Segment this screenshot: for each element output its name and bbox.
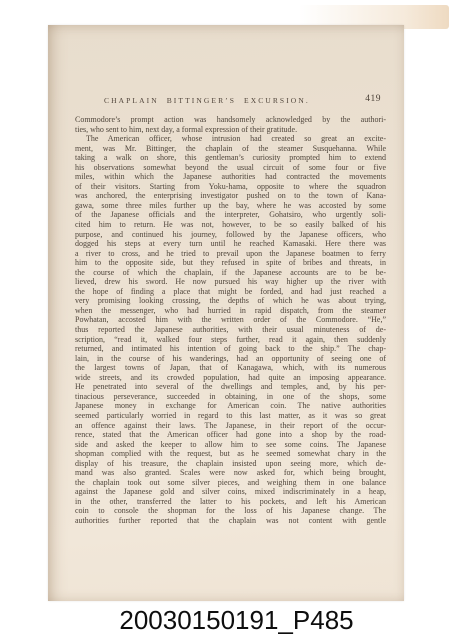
text-line: when the messenger, who had hurried in r…	[75, 306, 386, 316]
text-line: scription, “read it, walked four steps f…	[75, 335, 386, 345]
text-line: dogged his steps at every turn until he …	[75, 239, 386, 249]
text-line: miles, within which the Japanese authori…	[75, 172, 386, 182]
text-line: lieved, drew his sword. He now pursued h…	[75, 277, 386, 287]
text-line: of their visitors. Starting from Yoku-ha…	[75, 182, 386, 192]
text-line: the hope of finding a place that might b…	[75, 287, 386, 297]
text-line: mand was also granted. Scales were now a…	[75, 468, 386, 478]
text-line: authorities further reported that the ch…	[75, 516, 386, 526]
text-line: display of his treasure, the chaplain in…	[75, 459, 386, 469]
text-line: of the Japanese officials and the interp…	[75, 210, 386, 220]
text-line: seemed particularly worried in regard to…	[75, 411, 386, 421]
text-line: against the Japanese gold and silver coi…	[75, 487, 386, 497]
text-line: rence, stated that the American officer …	[75, 430, 386, 440]
text-line: cited him to return. He was not, however…	[75, 220, 386, 230]
text-line: Commodore’s prompt action was handsomely…	[75, 115, 386, 125]
text-line: the largest towns of Japan, that of Kana…	[75, 363, 386, 373]
text-line: very promising looking crossing, the dep…	[75, 296, 386, 306]
text-line: his observations somewhat beyond the usu…	[75, 163, 386, 173]
text-line: gawa, some three miles further up the ba…	[75, 201, 386, 211]
book-page: CHAPLAIN BITTINGER’S EXCURSION. 419 Comm…	[48, 25, 404, 601]
text-line: taking a walk on shore, this gentleman’s…	[75, 153, 386, 163]
page-number: 419	[365, 94, 381, 104]
text-line: He penetrated into several of the dwelli…	[75, 382, 386, 392]
text-line: tinacious perseverance, succeeded in obt…	[75, 392, 386, 402]
text-line: The American officer, whose intrusion ha…	[75, 134, 386, 144]
text-line: an offence against their laws. The Japan…	[75, 421, 386, 431]
text-line: returned, and intimated his intention of…	[75, 344, 386, 354]
text-line: shopman complied with the request, but a…	[75, 449, 386, 459]
text-line: a river to cross, and he tried to prevai…	[75, 249, 386, 259]
text-line: in the other, transferred the latter to …	[75, 497, 386, 507]
text-line: purpose, and continued his journey, foll…	[75, 230, 386, 240]
text-line: thus reported the Japanese authorities, …	[75, 325, 386, 335]
scanned-page-photo: CHAPLAIN BITTINGER’S EXCURSION. 419 Comm…	[0, 0, 449, 640]
running-head-title: CHAPLAIN BITTINGER’S EXCURSION.	[104, 96, 310, 105]
text-line: Japanese money in exchange for American …	[75, 401, 386, 411]
text-line: coin to console the shopman for the loss…	[75, 506, 386, 516]
text-line: lain, in the course of his wanderings, h…	[75, 354, 386, 364]
body-text: Commodore’s prompt action was handsomely…	[75, 115, 386, 526]
text-line: was anchored, the enterprising investiga…	[75, 191, 386, 201]
text-line: ties, who sent to him, next day, a forma…	[75, 125, 386, 135]
text-line: him to the opposite side, but they refus…	[75, 258, 386, 268]
text-line: Powhatan, accosted him with the written …	[75, 315, 386, 325]
text-line: ment, was Mr. Bittinger, the chaplain of…	[75, 144, 386, 154]
text-line: the course of which the chaplain, if the…	[75, 268, 386, 278]
image-id-caption: 20030150191_P485	[0, 603, 449, 637]
text-line: wide streets, and its crowded population…	[75, 373, 386, 383]
text-line: side and asked the keeper to allow him t…	[75, 440, 386, 450]
text-line: the chaplain took out some silver pieces…	[75, 478, 386, 488]
